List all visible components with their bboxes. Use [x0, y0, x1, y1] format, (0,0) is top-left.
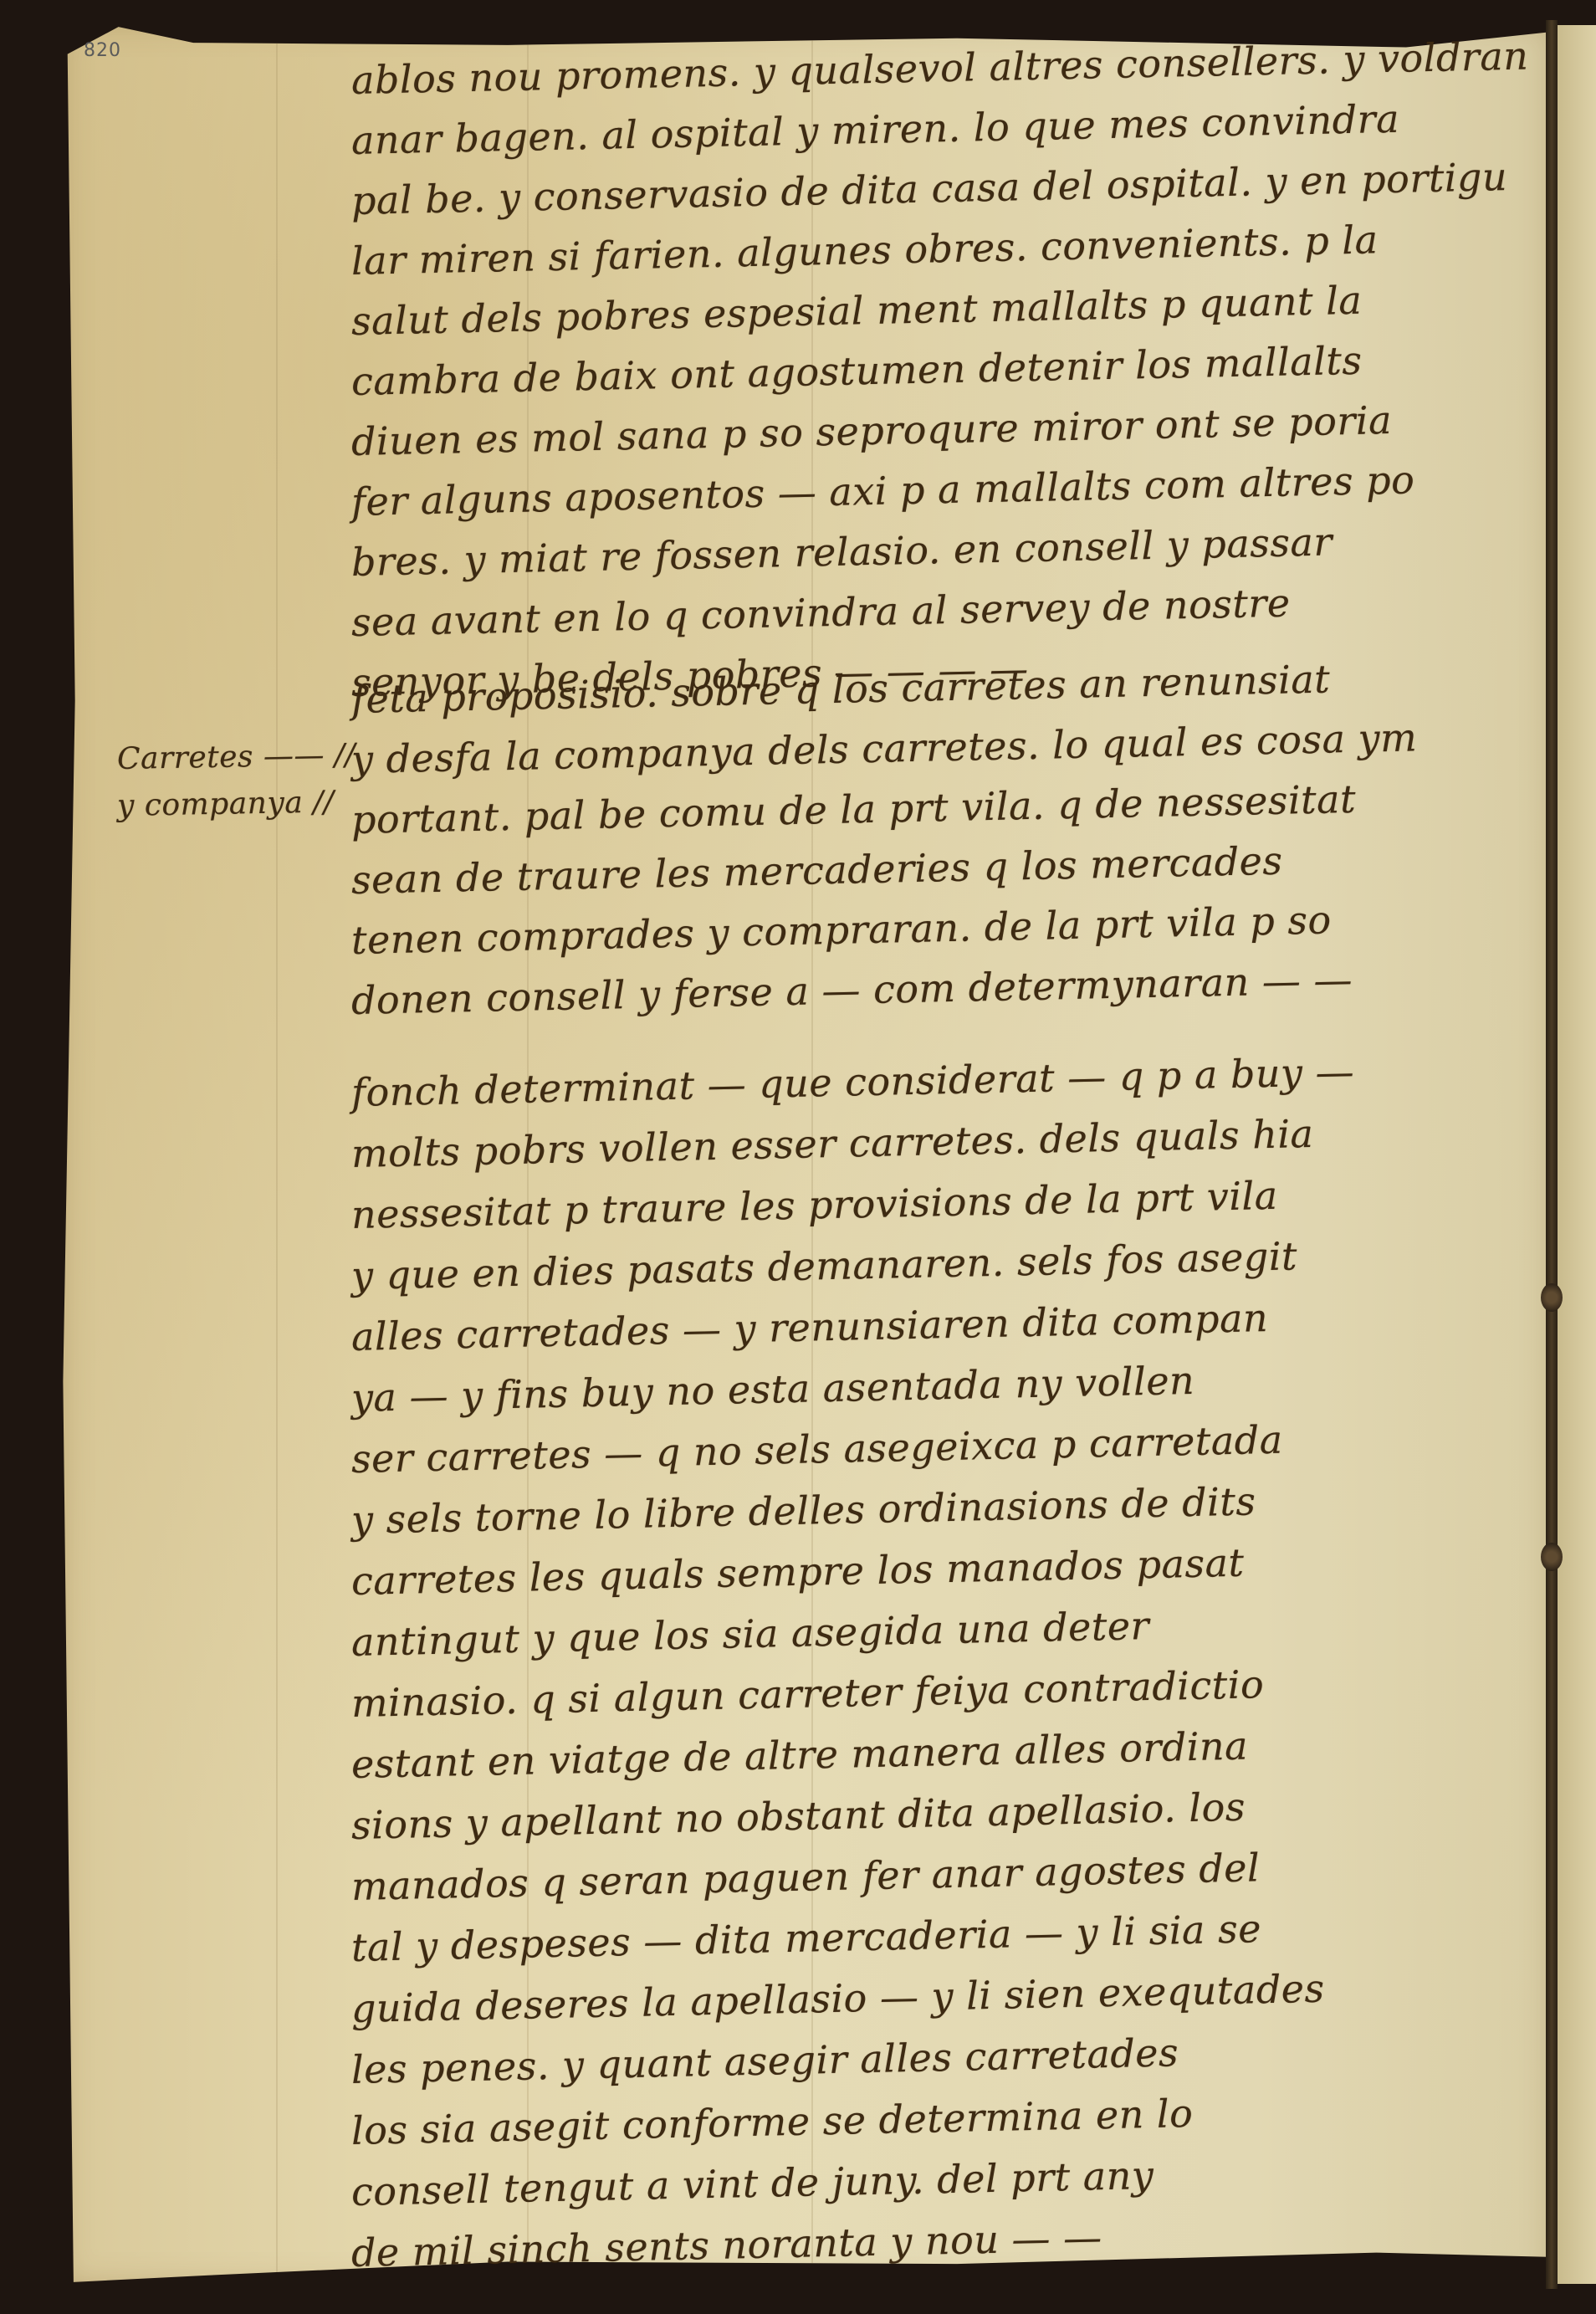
folio-number: 820 [84, 40, 121, 61]
paragraph-proposal: feta proposisio. sobre q los carretes an… [351, 669, 1539, 1031]
binding-cord [1546, 20, 1558, 2289]
binding-knot [1541, 1283, 1563, 1312]
paragraph-determination: fonch determinat — que considerat — q p … [351, 1062, 1539, 2284]
paragraph-hospital: ablos nou promens. y qualsevol altres co… [351, 50, 1539, 713]
paper-fold-line [276, 20, 278, 2289]
margin-note-line: y companya // [117, 779, 369, 830]
adjacent-page-edge [1558, 25, 1596, 2284]
binding-knot [1541, 1543, 1563, 1571]
margin-note: Carretes —— // y companya // [117, 736, 368, 830]
margin-note-line: Carretes —— // [117, 732, 369, 783]
